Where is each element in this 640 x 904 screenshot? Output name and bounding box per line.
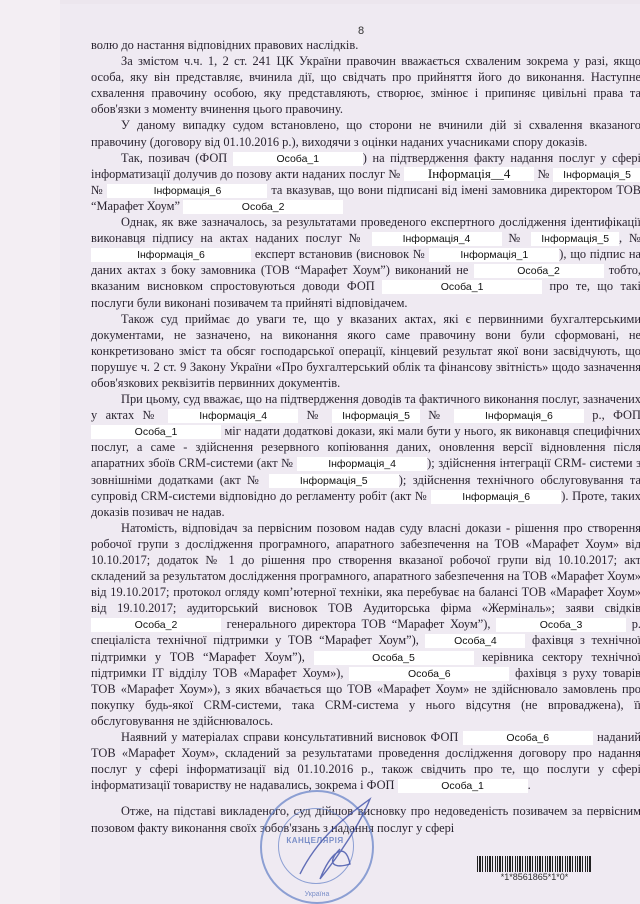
redacted-info: Інформація_6 xyxy=(431,490,561,504)
redacted-person: Особа_1 xyxy=(398,779,528,793)
redacted-info: Інформація_4 xyxy=(168,409,298,423)
redacted-info: Інформація_5 xyxy=(553,168,640,182)
paragraph-4: Так, позивач (ФОП Особа_1) на підтвердже… xyxy=(91,150,640,214)
redacted-person: Особа_1 xyxy=(233,152,363,166)
paragraph-6: Також суд приймає до уваги те, що у вказ… xyxy=(91,311,640,391)
redacted-info: Інформація_6 xyxy=(107,184,267,198)
paragraph-9: Наявний у матеріалах справи консультатив… xyxy=(91,729,640,793)
paragraph-8: Натомість, відповідач за первісним позов… xyxy=(91,520,640,729)
redacted-info: Інформація_5 xyxy=(531,232,619,246)
redacted-info: Інформація__4 xyxy=(404,167,534,181)
stamp-country: Україна xyxy=(262,891,372,898)
paragraph-3: У даному випадку судом встановлено, що с… xyxy=(91,117,640,149)
redacted-info: Інформація_4 xyxy=(297,457,427,471)
paragraph-2: За змістом ч.ч. 1, 2 ст. 241 ЦК України … xyxy=(91,53,640,117)
redacted-person: Особа_2 xyxy=(183,200,343,214)
redacted-person: Особа_1 xyxy=(382,280,542,294)
barcode xyxy=(477,856,592,872)
redacted-person: Особа_6 xyxy=(463,731,593,745)
redacted-person: Особа_2 xyxy=(474,264,604,278)
page-number: 8 xyxy=(60,25,640,37)
paragraph-7: При цьому, суд вважає, що на підтверджен… xyxy=(91,391,640,520)
paragraph-5: Однак, як вже зазначалось, за результата… xyxy=(91,214,640,311)
redacted-info: Інформація_1 xyxy=(429,248,559,262)
redacted-info: Інформація_6 xyxy=(454,409,584,423)
redacted-person: Особа_5 xyxy=(314,651,474,665)
redacted-person: Особа_6 xyxy=(349,667,509,681)
signature-icon xyxy=(290,794,380,884)
redacted-info: Інформація_6 xyxy=(91,248,251,262)
barcode-number: *1*8561865*1*0* xyxy=(477,872,592,882)
redacted-info: Інформація_4 xyxy=(372,232,502,246)
paragraph-1: волю до настання відповідних правових на… xyxy=(91,37,640,53)
redacted-person: Особа_2 xyxy=(91,618,221,632)
redacted-info: Інформація_5 xyxy=(269,474,399,488)
document-body: волю до настання відповідних правових на… xyxy=(91,37,640,836)
redacted-person: Особа_4 xyxy=(425,634,525,648)
adjacent-page-edge xyxy=(0,0,60,904)
redacted-info: Інформація_5 xyxy=(332,409,420,423)
document-page: 8 волю до настання відповідних правових … xyxy=(60,4,640,904)
redacted-person: Особа_1 xyxy=(91,425,221,439)
redacted-person: Особа_3 xyxy=(496,618,626,632)
